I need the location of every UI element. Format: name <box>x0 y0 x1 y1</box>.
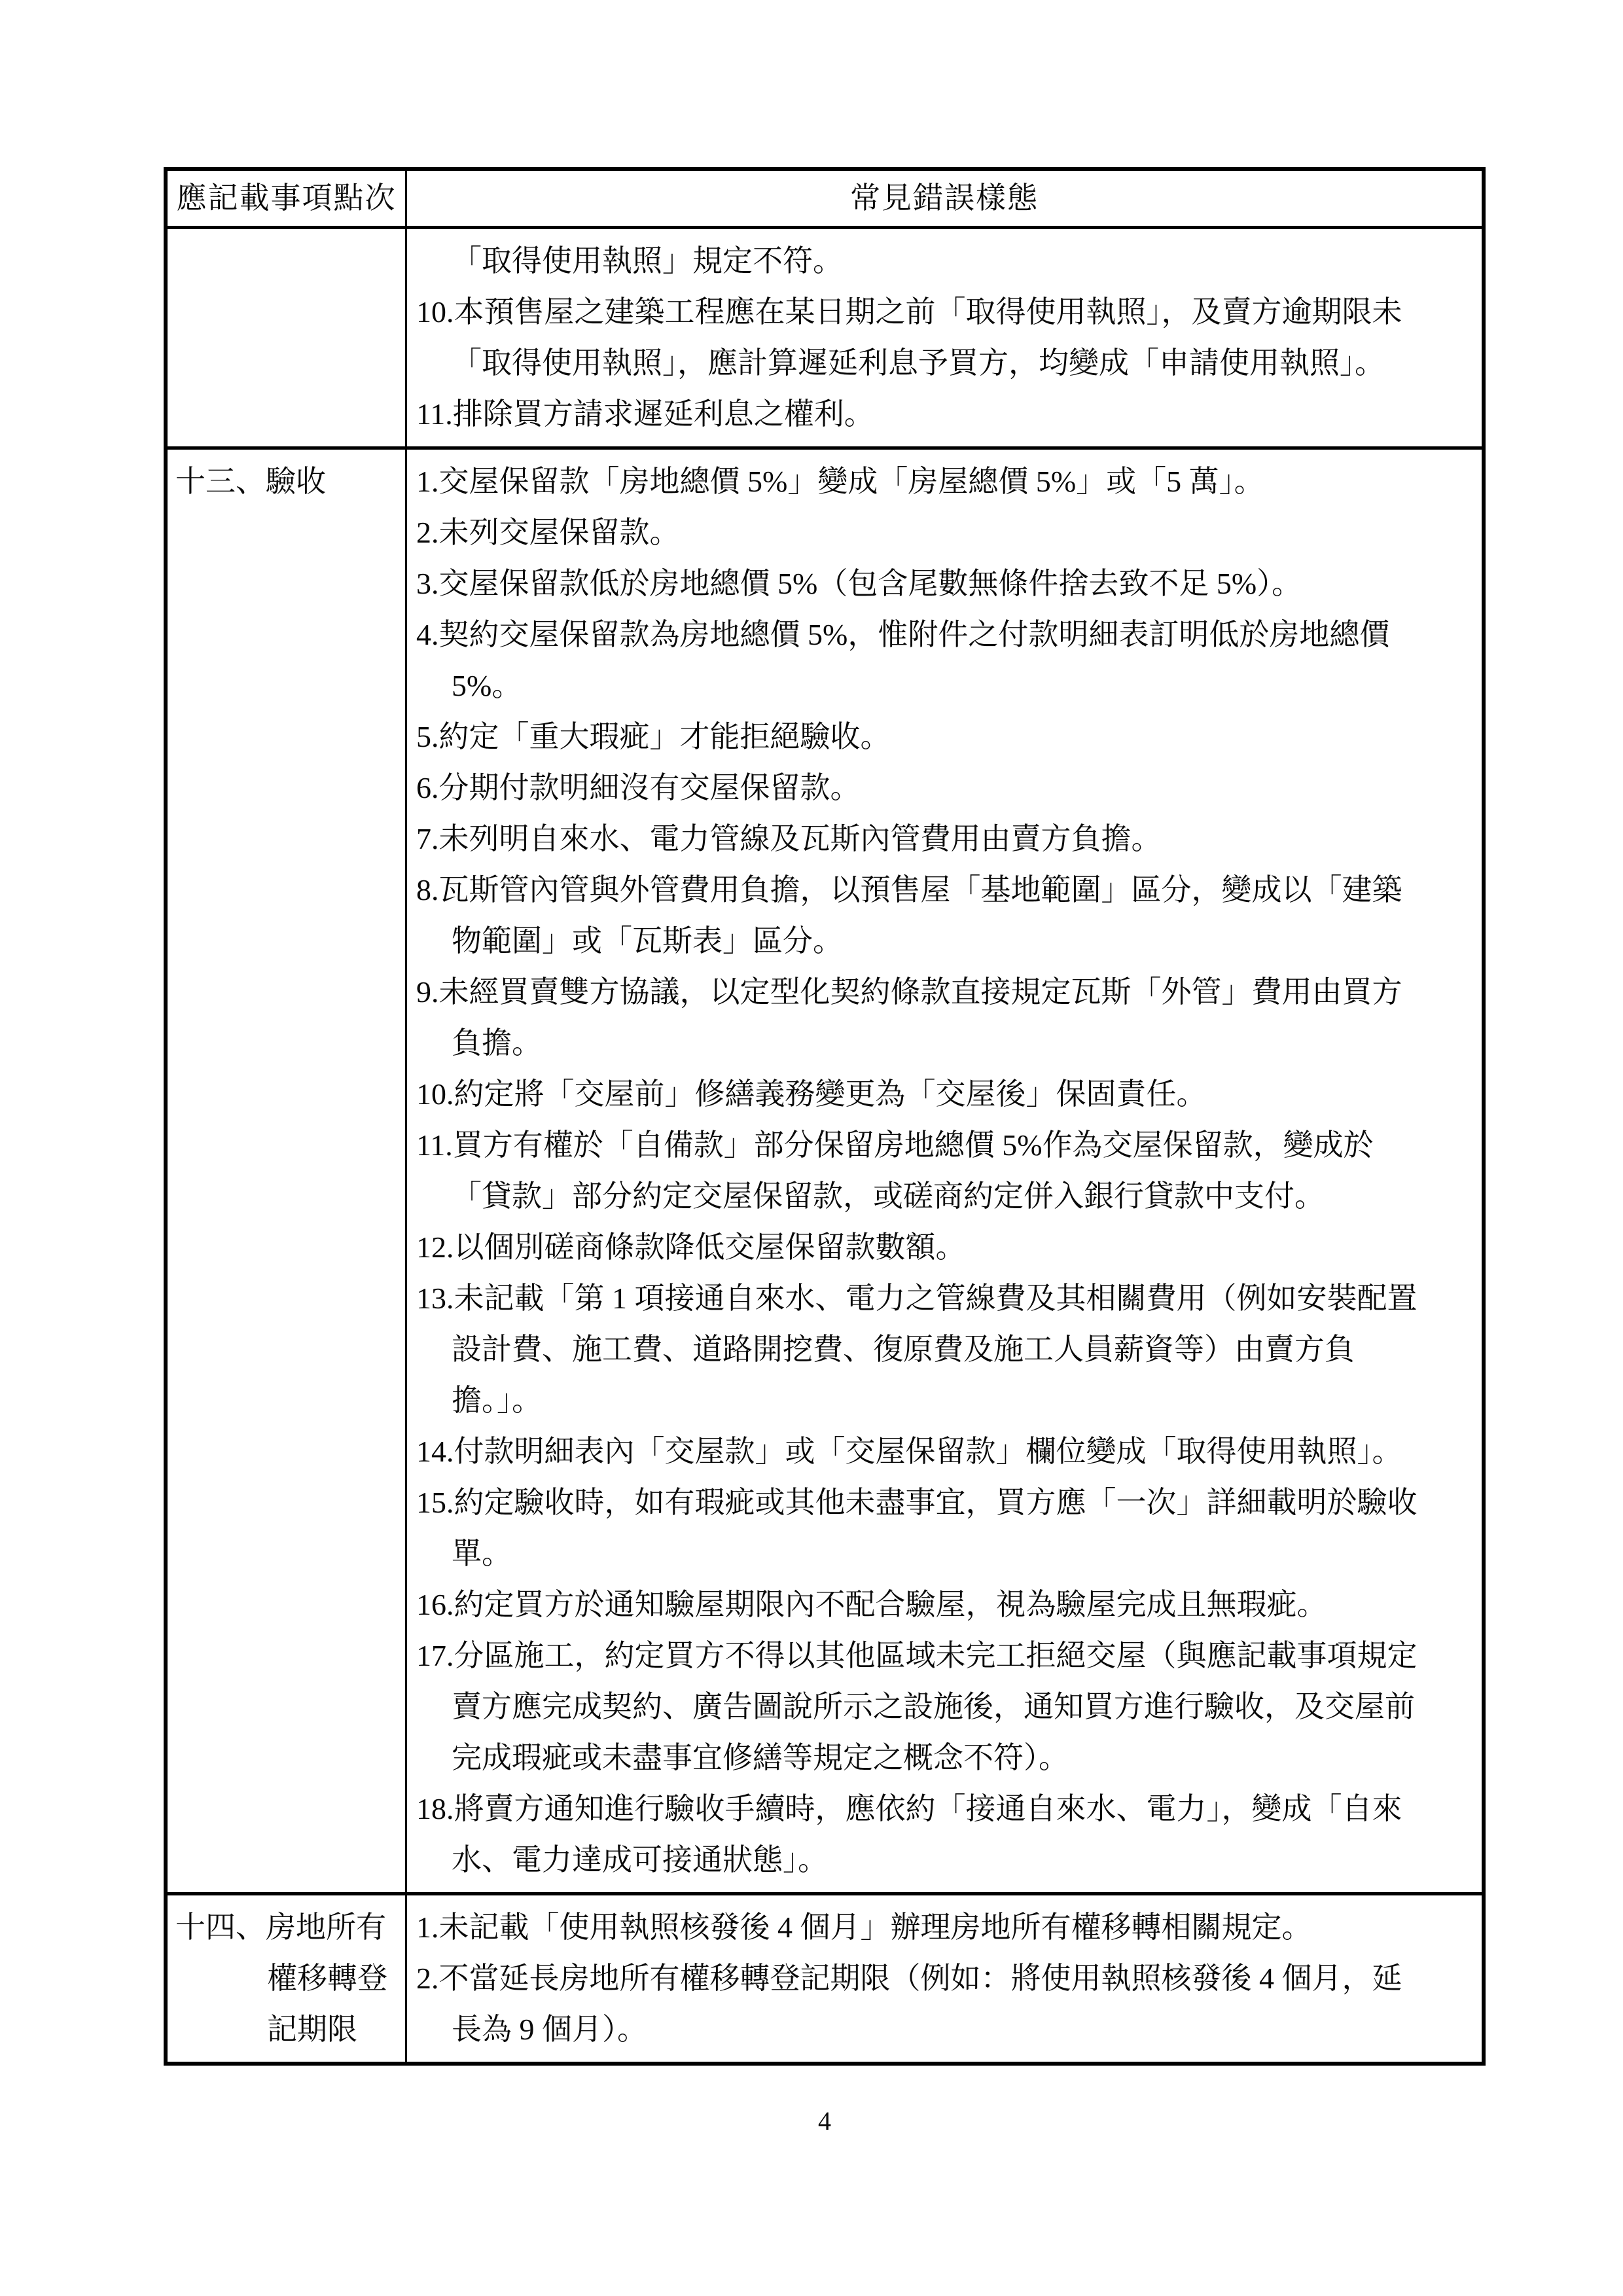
table-header-row: 應記載事項點次 常見錯誤樣態 <box>168 171 1482 229</box>
column-header-common-errors: 常見錯誤樣態 <box>407 171 1482 226</box>
error-text-line: 水、電力達成可接通狀態」。 <box>452 1835 1479 1886</box>
error-text-line: 10.約定將「交屋前」修繕義務變更為「交屋後」保固責任。 <box>416 1069 1479 1120</box>
item-number-line: 十四、房地所有 <box>175 1902 402 1953</box>
error-text-line: 「取得使用執照」規定不符。 <box>452 236 1479 287</box>
error-text-line: 5%。 <box>452 660 1479 711</box>
error-text-line: 11.排除買方請求遲延利息之權利。 <box>416 389 1479 440</box>
error-text-line: 15.約定驗收時，如有瑕疵或其他未盡事宜，買方應「一次」詳細載明於驗收 <box>416 1477 1479 1528</box>
error-text-line: 8.瓦斯管內管與外管費用負擔，以預售屋「基地範圍」區分，變成以「建築 <box>416 865 1479 916</box>
item-number-cell: 十四、房地所有權移轉登記期限 <box>168 1895 407 2062</box>
error-text-line: 5.約定「重大瑕疵」才能拒絕驗收。 <box>416 711 1479 762</box>
table-row: 十四、房地所有權移轉登記期限1.未記載「使用執照核發後 4 個月」辦理房地所有權… <box>168 1895 1482 2062</box>
table-row: 「取得使用執照」規定不符。10.本預售屋之建築工程應在某日期之前「取得使用執照」… <box>168 229 1482 450</box>
error-text-line: 賣方應完成契約、廣告圖說所示之設施後，通知買方進行驗收，及交屋前 <box>452 1681 1479 1732</box>
error-text-line: 「取得使用執照」，應計算遲延利息予買方，均變成「申請使用執照」。 <box>452 338 1479 389</box>
error-text-line: 2.不當延長房地所有權移轉登記期限（例如：將使用執照核發後 4 個月，延 <box>416 1953 1479 2004</box>
error-text-line: 單。 <box>452 1528 1479 1579</box>
error-text-line: 18.將賣方通知進行驗收手續時，應依約「接通自來水、電力」，變成「自來 <box>416 1784 1479 1835</box>
error-text-line: 14.付款明細表內「交屋款」或「交屋保留款」欄位變成「取得使用執照」。 <box>416 1426 1479 1477</box>
error-text-line: 9.未經買賣雙方協議，以定型化契約條款直接規定瓦斯「外管」費用由買方 <box>416 967 1479 1018</box>
error-text-line: 16.約定買方於通知驗屋期限內不配合驗屋，視為驗屋完成且無瑕疵。 <box>416 1579 1479 1630</box>
item-number-cell <box>168 229 407 446</box>
error-text-line: 10.本預售屋之建築工程應在某日期之前「取得使用執照」，及賣方逾期限未 <box>416 287 1479 338</box>
scanned-document-page: 應記載事項點次 常見錯誤樣態 「取得使用執照」規定不符。10.本預售屋之建築工程… <box>0 0 1623 2296</box>
common-errors-cell: 1.交屋保留款「房地總價 5%」變成「房屋總價 5%」或「5 萬」。2.未列交屋… <box>407 450 1482 1892</box>
column-header-item-number: 應記載事項點次 <box>168 171 407 226</box>
error-text-line: 4.契約交屋保留款為房地總價 5%，惟附件之付款明細表訂明低於房地總價 <box>416 609 1479 660</box>
error-text-line: 1.交屋保留款「房地總價 5%」變成「房屋總價 5%」或「5 萬」。 <box>416 456 1479 507</box>
error-text-line: 12.以個別磋商條款降低交屋保留款數額。 <box>416 1222 1479 1273</box>
error-text-line: 物範圍」或「瓦斯表」區分。 <box>452 916 1479 967</box>
error-text-line: 17.分區施工，約定買方不得以其他區域未完工拒絕交屋（與應記載事項規定 <box>416 1630 1479 1681</box>
item-number-line: 權移轉登 <box>267 1953 402 2004</box>
error-text-line: 負擔。 <box>452 1018 1479 1069</box>
error-text-line: 3.交屋保留款低於房地總價 5%（包含尾數無條件捨去致不足 5%）。 <box>416 558 1479 609</box>
item-number-line: 記期限 <box>267 2004 402 2055</box>
common-errors-table: 應記載事項點次 常見錯誤樣態 「取得使用執照」規定不符。10.本預售屋之建築工程… <box>164 167 1486 2066</box>
error-text-line: 完成瑕疵或未盡事宜修繕等規定之概念不符）。 <box>452 1732 1479 1784</box>
error-text-line: 2.未列交屋保留款。 <box>416 507 1479 558</box>
page-number: 4 <box>746 2106 903 2136</box>
item-number-cell: 十三、驗收 <box>168 450 407 1892</box>
common-errors-cell: 1.未記載「使用執照核發後 4 個月」辦理房地所有權移轉相關規定。2.不當延長房… <box>407 1895 1482 2062</box>
error-text-line: 長為 9 個月）。 <box>452 2004 1479 2055</box>
table-row: 十三、驗收1.交屋保留款「房地總價 5%」變成「房屋總價 5%」或「5 萬」。2… <box>168 450 1482 1895</box>
item-number-line: 十三、驗收 <box>175 456 402 507</box>
error-text-line: 7.未列明自來水、電力管線及瓦斯內管費用由賣方負擔。 <box>416 814 1479 865</box>
error-text-line: 6.分期付款明細沒有交屋保留款。 <box>416 762 1479 814</box>
error-text-line: 擔。」。 <box>452 1375 1479 1426</box>
common-errors-cell: 「取得使用執照」規定不符。10.本預售屋之建築工程應在某日期之前「取得使用執照」… <box>407 229 1482 446</box>
error-text-line: 11.買方有權於「自備款」部分保留房地總價 5%作為交屋保留款，變成於 <box>416 1120 1479 1171</box>
error-text-line: 「貸款」部分約定交屋保留款，或磋商約定併入銀行貸款中支付。 <box>452 1171 1479 1222</box>
error-text-line: 設計費、施工費、道路開挖費、復原費及施工人員薪資等）由賣方負 <box>452 1324 1479 1375</box>
error-text-line: 13.未記載「第 1 項接通自來水、電力之管線費及其相關費用（例如安裝配置 <box>416 1273 1479 1324</box>
error-text-line: 1.未記載「使用執照核發後 4 個月」辦理房地所有權移轉相關規定。 <box>416 1902 1479 1953</box>
